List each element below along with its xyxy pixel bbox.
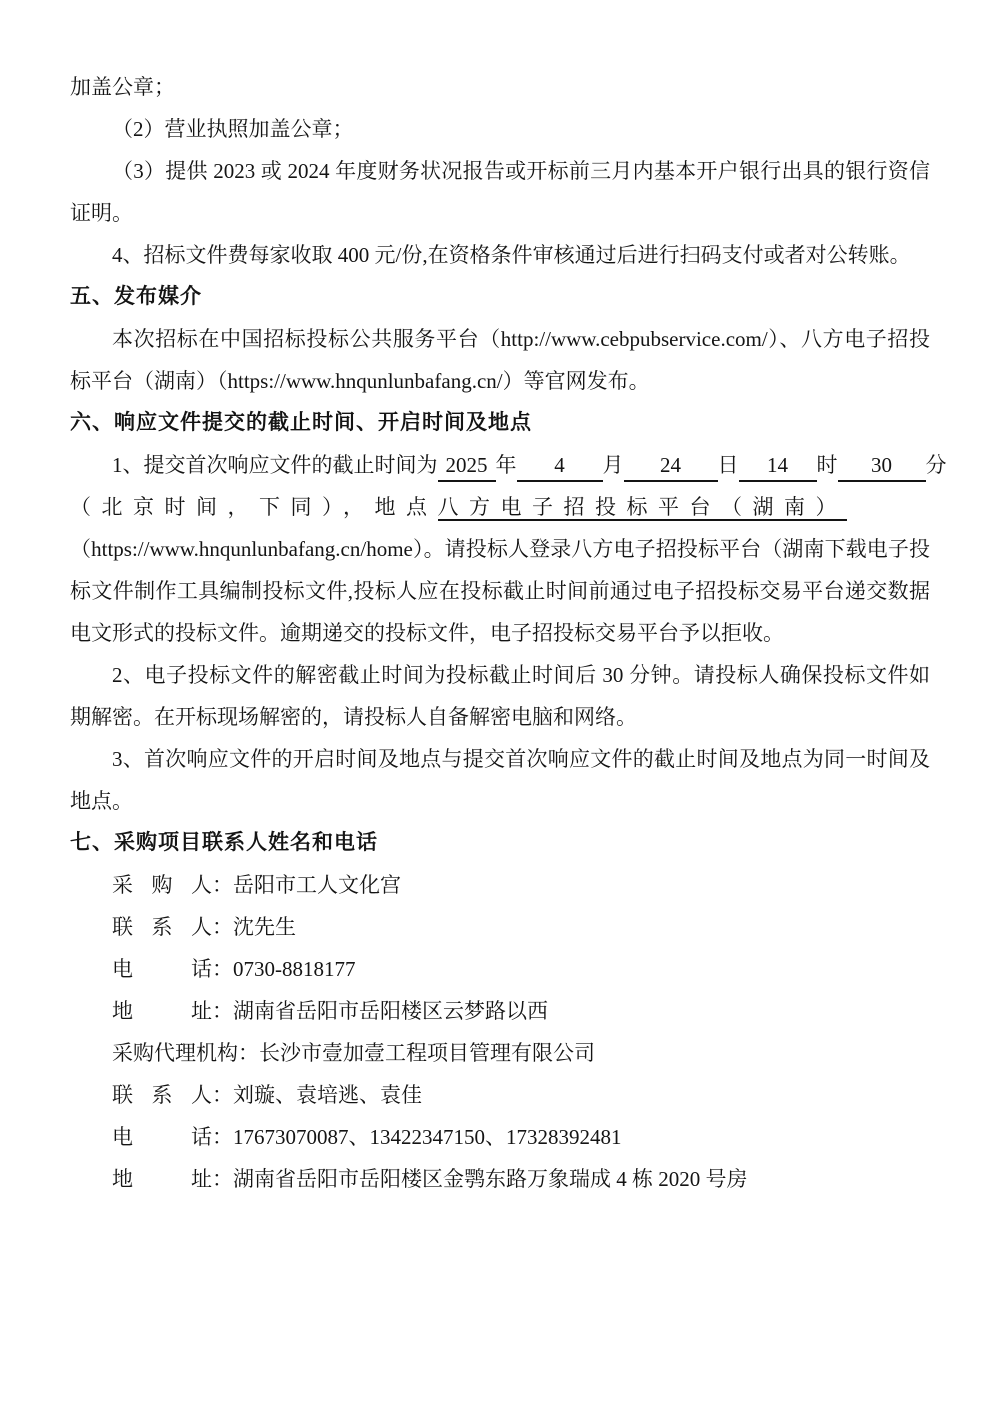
paragraph-carryover: 加盖公章； — [70, 66, 930, 108]
contact-label: 采购代理机构 — [112, 1032, 238, 1074]
contact-colon: ： — [212, 1167, 233, 1191]
contact-value: 湖南省岳阳市岳阳楼区云梦路以西 — [233, 999, 548, 1023]
section-6-title: 六、响应文件提交的截止时间、开启时间及地点 — [70, 411, 532, 434]
contact-row-agency-person: 联 系 人：刘璇、袁培逃、袁佳 — [70, 1074, 930, 1116]
item3-text: （3）提供 2023 或 2024 年度财务状况报告或开标前三月内基本开户银行出… — [70, 159, 930, 225]
location-line: （北京时间，下同），地点八方电子招投标平台（湖南） — [70, 486, 930, 528]
deadline-line: 1、提交首次响应文件的截止时间为2025年4月24日14时30分 — [70, 444, 930, 486]
contact-row-agency-phone: 电 话：17673070087、13422347150、17328392481 — [70, 1116, 930, 1158]
contact-value: 长沙市壹加壹工程项目管理有限公司 — [259, 1041, 595, 1065]
location-prefix: （北京时间，下同），地点 — [70, 495, 438, 519]
contact-value: 湖南省岳阳市岳阳楼区金鹗东路万象瑞成 4 栋 2020 号房 — [233, 1167, 748, 1191]
section-6-item3: 3、首次响应文件的开启时间及地点与提交首次响应文件的截止时间及地点为同一时间及地… — [70, 738, 930, 822]
contact-colon: ： — [212, 1125, 233, 1149]
deadline-minute-unit: 分 — [926, 453, 947, 477]
deadline-day-blank: 24 — [624, 450, 718, 482]
paragraph-item4: 4、招标文件费每家收取 400 元/份,在资格条件审核通过后进行扫码支付或者对公… — [70, 234, 930, 276]
document-page: 加盖公章； （2）营业执照加盖公章； （3）提供 2023 或 2024 年度财… — [0, 0, 1000, 1413]
contact-row-agency: 采购代理机构：长沙市壹加壹工程项目管理有限公司 — [70, 1032, 930, 1074]
item2-text: （2）营业执照加盖公章； — [112, 117, 354, 141]
contact-row-purchaser-person: 联 系 人：沈先生 — [70, 906, 930, 948]
deadline-day-unit: 日 — [718, 453, 739, 477]
section-7-heading: 七、采购项目联系人姓名和电话 — [70, 822, 930, 864]
section-5-heading: 五、发布媒介 — [70, 276, 930, 318]
section-7-title: 七、采购项目联系人姓名和电话 — [70, 831, 378, 854]
contact-value: 0730-8818177 — [233, 957, 356, 981]
contact-row-purchaser: 采 购 人：岳阳市工人文化宫 — [70, 864, 930, 906]
contact-value: 17673070087、13422347150、17328392481 — [233, 1125, 622, 1149]
section-5-title: 五、发布媒介 — [70, 285, 202, 308]
contact-label: 采 购 人 — [112, 864, 212, 906]
deadline-month-unit: 月 — [603, 453, 624, 477]
section-6-heading: 六、响应文件提交的截止时间、开启时间及地点 — [70, 402, 930, 444]
contact-value: 岳阳市工人文化宫 — [233, 873, 401, 897]
contact-label: 电 话 — [112, 1116, 212, 1158]
item1-rest-text: （https://www.hnqunlunbafang.cn/home）。请投标… — [70, 537, 930, 645]
section-5-body-text: 本次招标在中国招标投标公共服务平台（http://www.cebpubservi… — [70, 327, 930, 393]
item3-body-text: 3、首次响应文件的开启时间及地点与提交首次响应文件的截止时间及地点为同一时间及地… — [70, 747, 930, 813]
paragraph-item2: （2）营业执照加盖公章； — [70, 108, 930, 150]
item4-text: 4、招标文件费每家收取 400 元/份,在资格条件审核通过后进行扫码支付或者对公… — [112, 243, 911, 267]
deadline-year-blank: 2025 — [438, 450, 496, 482]
contact-row-purchaser-phone: 电 话：0730-8818177 — [70, 948, 930, 990]
contact-value: 刘璇、袁培逃、袁佳 — [233, 1083, 422, 1107]
contact-row-agency-address: 地 址：湖南省岳阳市岳阳楼区金鹗东路万象瑞成 4 栋 2020 号房 — [70, 1158, 930, 1200]
carryover-text: 加盖公章； — [70, 75, 175, 99]
deadline-hour-blank: 14 — [739, 450, 817, 482]
deadline-year-unit: 年 — [496, 453, 517, 477]
contact-label: 联 系 人 — [112, 906, 212, 948]
deadline-minute-blank: 30 — [838, 450, 926, 482]
contact-label: 联 系 人 — [112, 1074, 212, 1116]
contact-colon: ： — [212, 957, 233, 981]
contact-colon: ： — [212, 873, 233, 897]
contact-label: 电 话 — [112, 948, 212, 990]
deadline-prefix: 1、提交首次响应文件的截止时间为 — [112, 453, 438, 477]
contact-colon: ： — [212, 1083, 233, 1107]
item2-body-text: 2、电子投标文件的解密截止时间为投标截止时间后 30 分钟。请投标人确保投标文件… — [70, 663, 930, 729]
deadline-month-blank: 4 — [517, 450, 603, 482]
contact-colon: ： — [238, 1041, 259, 1065]
contact-label: 地 址 — [112, 990, 212, 1032]
location-platform: 八方电子招投标平台（湖南） — [438, 495, 848, 521]
section-6-item2: 2、电子投标文件的解密截止时间为投标截止时间后 30 分钟。请投标人确保投标文件… — [70, 654, 930, 738]
paragraph-item3: （3）提供 2023 或 2024 年度财务状况报告或开标前三月内基本开户银行出… — [70, 150, 930, 234]
section-6-item1-rest: （https://www.hnqunlunbafang.cn/home）。请投标… — [70, 528, 930, 654]
contact-colon: ： — [212, 915, 233, 939]
contact-value: 沈先生 — [233, 915, 296, 939]
contact-colon: ： — [212, 999, 233, 1023]
section-5-body: 本次招标在中国招标投标公共服务平台（http://www.cebpubservi… — [70, 318, 930, 402]
contact-row-purchaser-address: 地 址：湖南省岳阳市岳阳楼区云梦路以西 — [70, 990, 930, 1032]
deadline-hour-unit: 时 — [817, 453, 838, 477]
contact-label: 地 址 — [112, 1158, 212, 1200]
